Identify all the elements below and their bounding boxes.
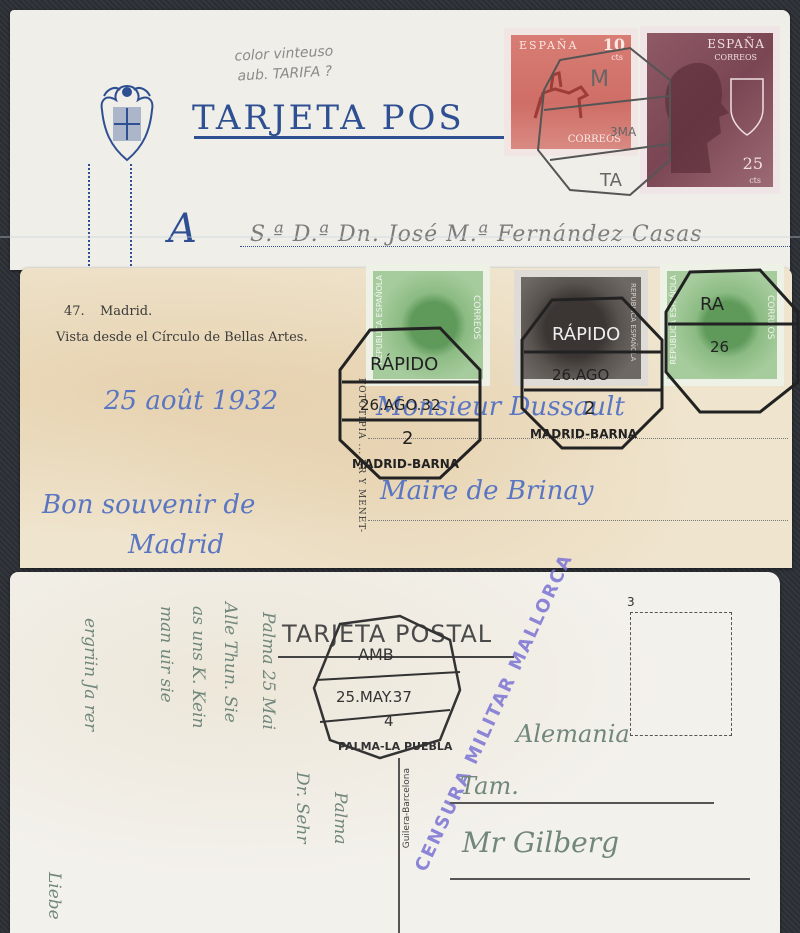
svg-text:RÁPIDO: RÁPIDO bbox=[552, 323, 620, 345]
handwritten-message-line: Bon souvenir de bbox=[42, 490, 255, 520]
handwritten-message-line: Palma 25 Mai bbox=[258, 612, 278, 730]
svg-text:AMB: AMB bbox=[358, 645, 394, 664]
postmark-madrid-barna: RÁPIDO 26.AGO.32 2 MADRID-BARNA bbox=[330, 320, 500, 490]
svg-text:3MA: 3MA bbox=[610, 125, 637, 139]
printer-credit: Guilera-Barcelona bbox=[402, 768, 412, 848]
shield-icon bbox=[727, 69, 767, 139]
dotted-divider bbox=[130, 164, 132, 270]
address-line: Tam. bbox=[460, 772, 519, 800]
handwritten-message-line: Madrid bbox=[128, 530, 224, 560]
svg-text:PALMA-LA PUEBLA: PALMA-LA PUEBLA bbox=[338, 740, 453, 753]
svg-text:MADRID-BARNA: MADRID-BARNA bbox=[530, 427, 638, 441]
svg-text:MADRID-BARNA: MADRID-BARNA bbox=[352, 457, 460, 471]
address-rule bbox=[450, 878, 750, 880]
handwritten-message-line: man uir sie bbox=[156, 606, 176, 703]
pencil-annotation: color vinteuso aub. TARIFA ? bbox=[234, 41, 335, 86]
stamp-placeholder-box: 3 bbox=[630, 612, 732, 736]
postmark-palma-la-puebla: AMB 25.MAY.37 4 PALMA-LA PUEBLA bbox=[300, 610, 470, 760]
stamp-unit: cts bbox=[749, 176, 761, 185]
address-rule bbox=[450, 802, 714, 804]
svg-text:26.AGO.32: 26.AGO.32 bbox=[360, 396, 441, 414]
handwritten-message-line: Liebe bbox=[44, 872, 64, 920]
svg-text:26.AGO: 26.AGO bbox=[552, 366, 609, 384]
svg-text:RA: RA bbox=[700, 294, 725, 315]
address-line: Mr Gilberg bbox=[462, 826, 619, 859]
svg-text:4: 4 bbox=[384, 712, 394, 730]
handwritten-message-line: Alle Thun. Sie bbox=[220, 602, 240, 723]
handwritten-message-line: Palma bbox=[330, 792, 350, 845]
svg-text:2: 2 bbox=[584, 398, 595, 419]
handwritten-message-line: Dr. Sehr bbox=[292, 772, 312, 843]
postmark-ra: RA 26 bbox=[660, 262, 800, 422]
address-dotted-line bbox=[368, 520, 788, 521]
svg-text:26: 26 bbox=[710, 338, 729, 356]
svg-text:TA: TA bbox=[599, 170, 623, 191]
address-prefix: A bbox=[168, 206, 197, 252]
card-title: TARJETA POS bbox=[192, 98, 465, 138]
postmark-madrid-barna: RÁPIDO 26.AGO 2 MADRID-BARNA bbox=[512, 290, 672, 460]
address-line: S.ª D.ª Dn. José M.ª Fernández Casas bbox=[250, 222, 703, 247]
caption-subtitle: Vista desde el Círculo de Bellas Artes. bbox=[56, 330, 308, 345]
stamp-country: ESPAÑA bbox=[707, 37, 765, 51]
divider-line bbox=[398, 758, 400, 933]
postmark-amb-tarifa: M 3MA TA bbox=[530, 40, 680, 205]
handwritten-message-line: as uns K. Kein bbox=[188, 606, 208, 729]
handwritten-date: 25 août 1932 bbox=[104, 386, 278, 416]
stamp-box-number: 3 bbox=[627, 595, 635, 609]
handwritten-message-line: ergriin Ja rer bbox=[80, 618, 100, 731]
svg-text:2: 2 bbox=[402, 428, 413, 449]
title-underline bbox=[194, 136, 524, 139]
caption-title: Madrid. bbox=[100, 304, 152, 319]
album-sleeve-edge bbox=[0, 236, 800, 238]
dotted-divider bbox=[88, 164, 90, 270]
address-dotted-line bbox=[240, 246, 790, 247]
pencil-note-line: aub. TARIFA ? bbox=[235, 61, 335, 86]
address-line: Alemania bbox=[516, 720, 630, 748]
svg-text:RÁPIDO: RÁPIDO bbox=[370, 353, 438, 375]
svg-text:M: M bbox=[590, 67, 609, 92]
caption-number: 47. bbox=[64, 304, 85, 319]
stamp-value: 25 bbox=[743, 154, 763, 173]
svg-text:25.MAY.37: 25.MAY.37 bbox=[336, 688, 412, 706]
coat-of-arms-icon bbox=[96, 80, 158, 166]
